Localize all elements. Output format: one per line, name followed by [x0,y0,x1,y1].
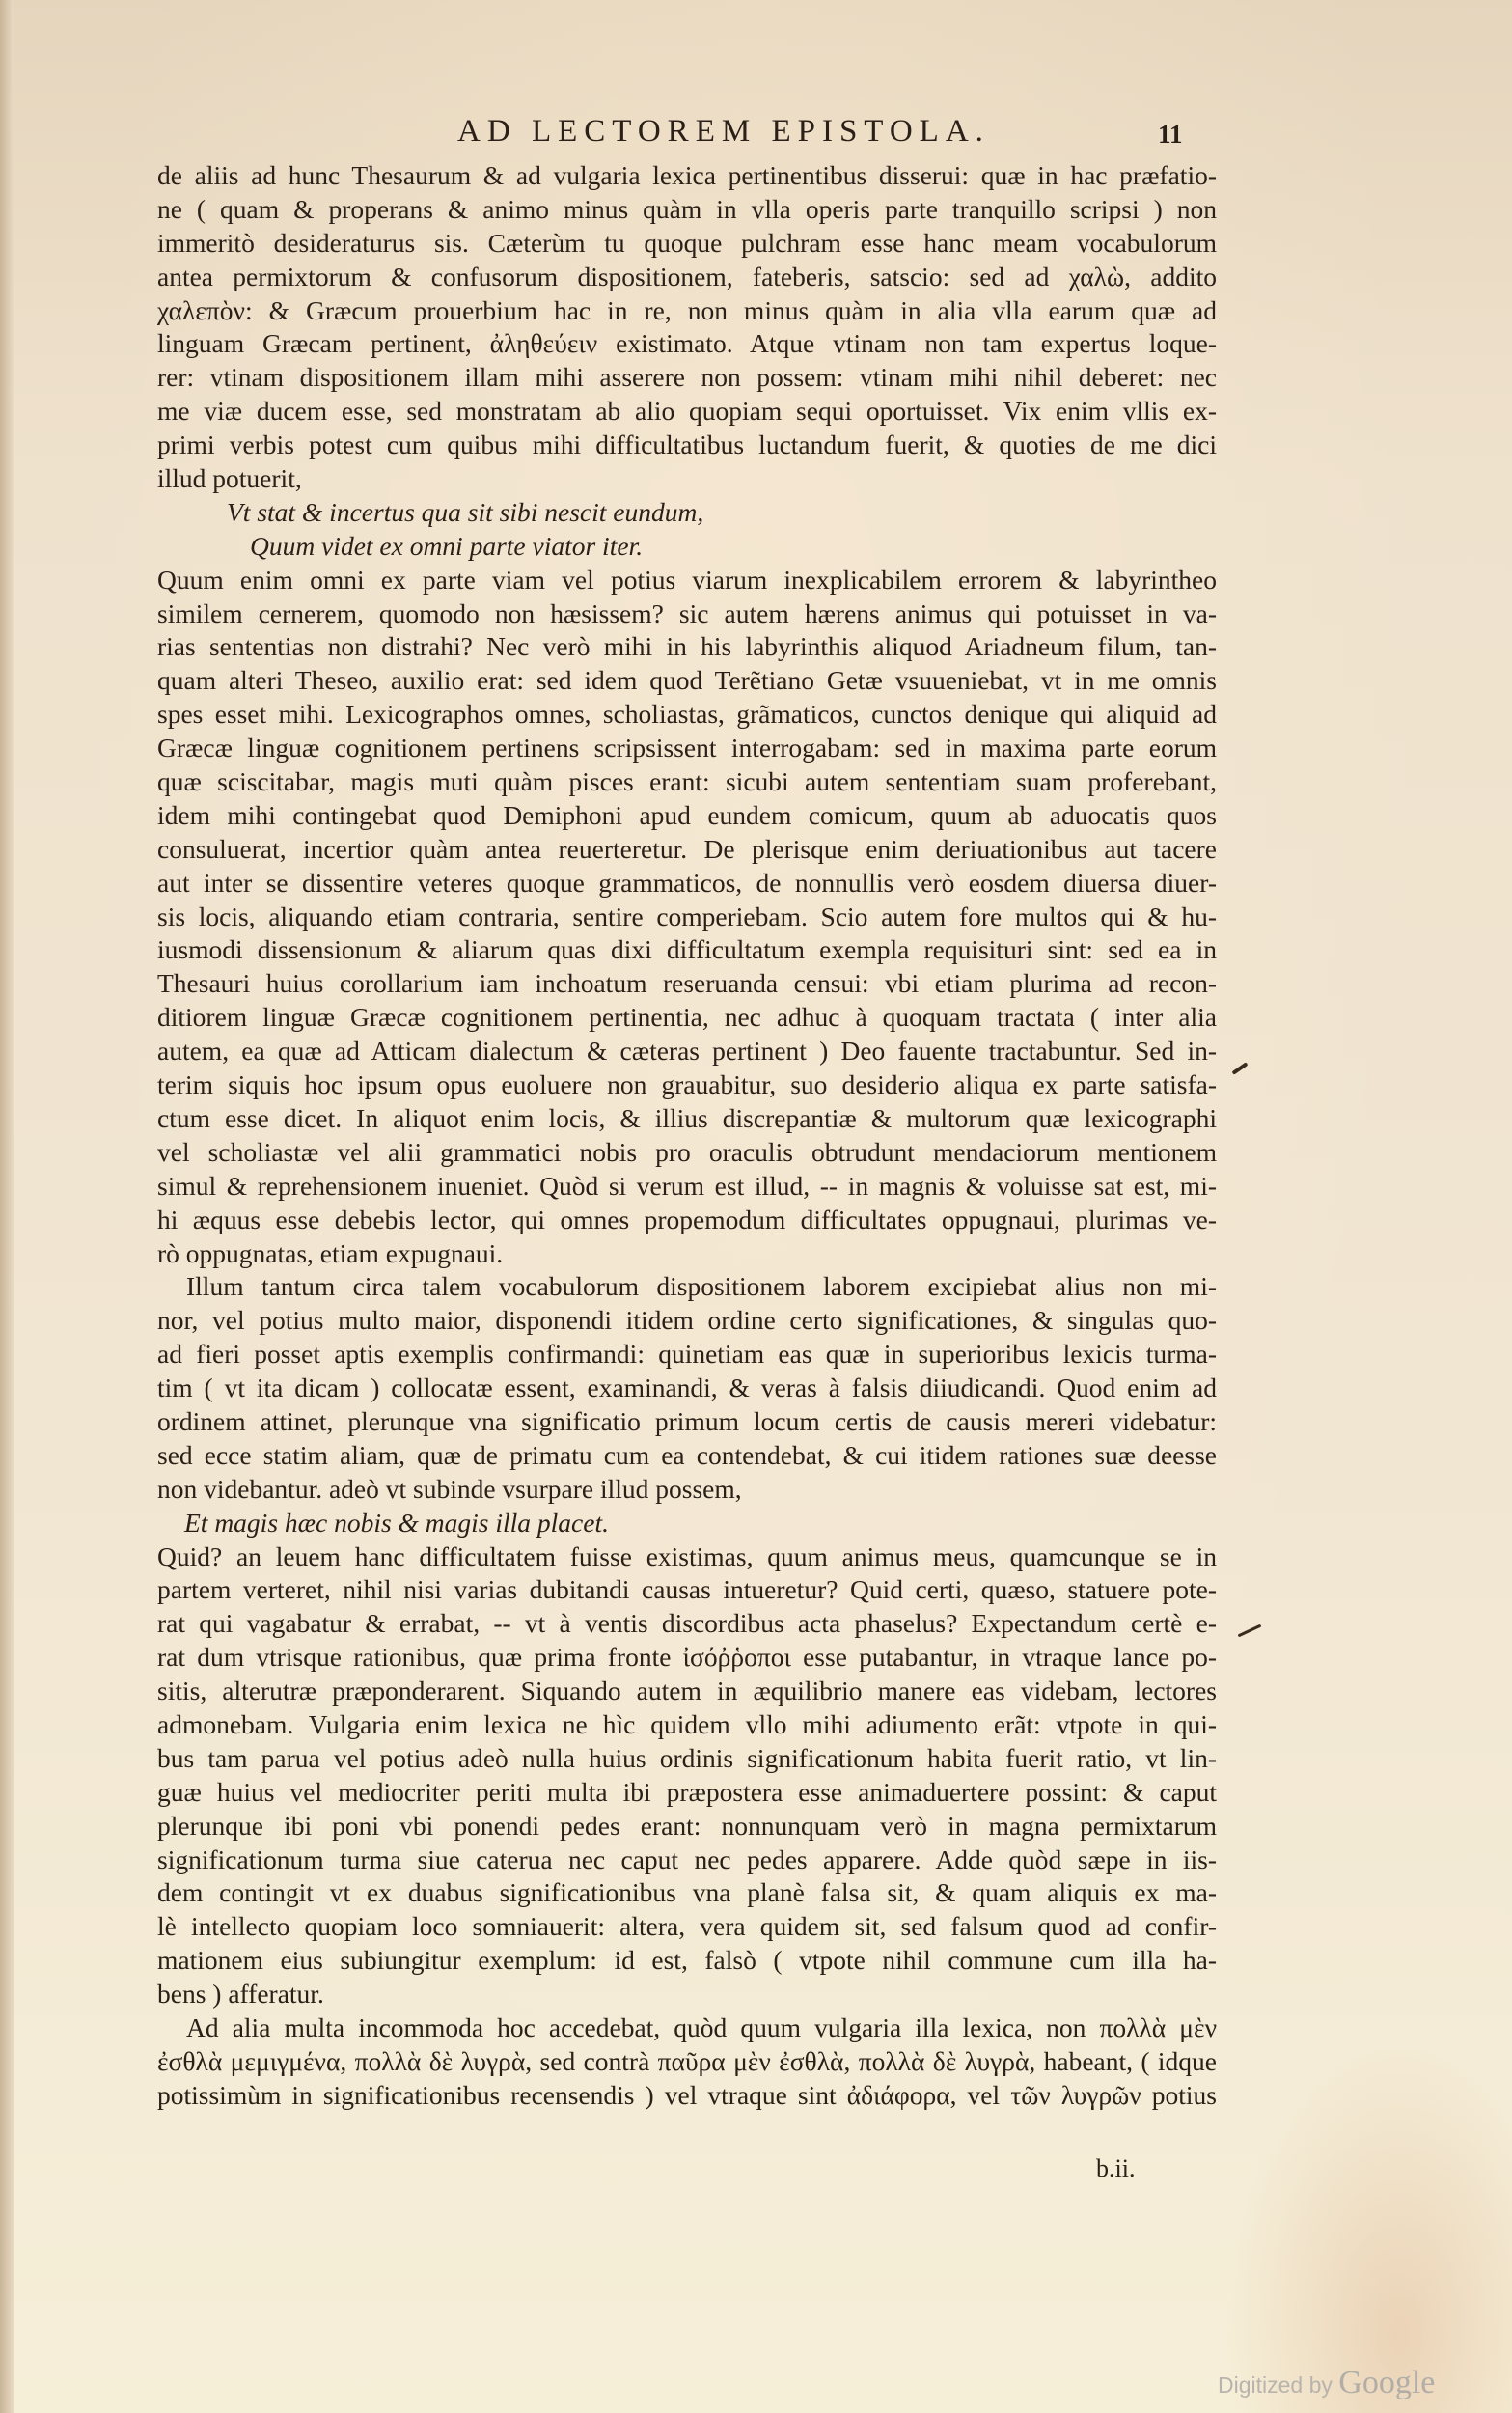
text-line: tim ( vt ita dicam ) collocatæ essent, e… [157,1372,1217,1405]
running-head: AD LECTOREM EPISTOLA. [357,114,1090,150]
verse-line: Quum videt ex omni parte viator iter. [157,530,1217,564]
text-line: sed ecce statim aliam, quæ de primatu cu… [157,1439,1217,1473]
text-line: iusmodi dissensionum & aliarum quas dixi… [157,933,1217,967]
text-line: quam alteri Theseo, auxilio erat: sed id… [157,664,1217,698]
text-line: rias sententias non distrahi? Nec verò m… [157,630,1217,664]
text-line: rer: vtinam dispositionem illam mihi ass… [157,361,1217,395]
text-line: Thesauri huius corollarium iam inchoatum… [157,967,1217,1001]
text-line: linguam Græcam pertinent, ἀληθεύειν exis… [157,327,1217,361]
verse-line: Et magis hæc nobis & magis illa placet. [157,1507,1217,1540]
text-line: illud potuerit, [157,462,1217,496]
text-line: significationum turma siue caterua nec c… [157,1844,1217,1877]
book-page: AD LECTOREM EPISTOLA. 11 de aliis ad hun… [0,0,1512,2413]
signature-mark: b.ii. [1096,2154,1135,2183]
margin-annotation-mark [1238,1624,1262,1638]
text-line: lè intellecto quopiam loco somniauerit: … [157,1910,1217,1944]
text-line: ad fieri posset aptis exemplis confirman… [157,1338,1217,1372]
page-number: 11 [1158,120,1183,150]
text-line: autem, ea quæ ad Atticam dialectum & cæt… [157,1035,1217,1068]
page-gutter-edge [0,0,14,2413]
text-line: ἐσθλὰ μεμιγμένα, πολλὰ δὲ λυγρὰ, sed con… [157,2045,1217,2079]
text-line: primi verbis potest cum quibus mihi diff… [157,429,1217,462]
text-line: hi æquus esse debebis lector, qui omnes … [157,1204,1217,1237]
text-line: ordinem attinet, plerunque vna significa… [157,1405,1217,1439]
watermark-brand: Google [1338,2365,1435,2400]
text-line: potissimùm in significationibus recensen… [157,2079,1217,2113]
text-line: similem cernerem, quomodo non hæsissem? … [157,597,1217,631]
text-line: ditiorem linguæ Græcæ cognitionem pertin… [157,1001,1217,1035]
verse-line: Vt stat & incertus qua sit sibi nescit e… [157,496,1217,530]
text-line: rat qui vagabatur & errabat, -- vt à ven… [157,1607,1217,1641]
text-line: guæ huius vel mediocriter periti multa i… [157,1776,1217,1810]
text-line: simul & reprehensionem inueniet. Quòd si… [157,1170,1217,1204]
text-line: immeritò desideraturus sis. Cæterùm tu q… [157,227,1217,261]
text-line: de aliis ad hunc Thesaurum & ad vulgaria… [157,159,1217,193]
margin-annotation-mark [1231,1062,1248,1075]
text-line: quæ sciscitabar, magis muti quàm pisces … [157,765,1217,799]
text-line: aut inter se dissentire veteres quoque g… [157,867,1217,901]
text-line: χαλεπὸν: & Græcum prouerbium hac in re, … [157,294,1217,328]
text-line: bus tam parua vel potius adeò nulla huiu… [157,1742,1217,1776]
text-line: terim siquis hoc ipsum opus euoluere non… [157,1068,1217,1102]
watermark-prefix: Digitized by [1218,2372,1333,2398]
text-line: sis locis, aliquando etiam contraria, se… [157,901,1217,934]
body-text: de aliis ad hunc Thesaurum & ad vulgaria… [157,159,1217,2113]
text-line: Quid? an leuem hanc difficultatem fuisse… [157,1540,1217,1574]
text-line: Græcæ linguæ cognitionem pertinens scrip… [157,732,1217,765]
text-line: rò oppugnatas, etiam expugnaui. [157,1237,1217,1271]
text-line: ctum esse dicet. In aliquot enim locis, … [157,1102,1217,1136]
digitized-watermark: Digitized by Google [1218,2365,1435,2401]
text-line: rat dum vtrisque rationibus, quæ prima f… [157,1641,1217,1675]
text-line: sitis, alterutræ præponderarent. Siquand… [157,1675,1217,1708]
text-line: spes esset mihi. Lexicographos omnes, sc… [157,698,1217,732]
text-line: dem contingit vt ex duabus signification… [157,1876,1217,1910]
text-line: ne ( quam & properans & animo minus quàm… [157,193,1217,227]
text-line: consuluerat, incertior quàm antea reuert… [157,833,1217,867]
text-line: me viæ ducem esse, sed monstratam ab ali… [157,395,1217,429]
text-line: mationem eius subiungitur exemplum: id e… [157,1944,1217,1978]
text-line: Illum tantum circa talem vocabulorum dis… [157,1270,1217,1304]
text-line: idem mihi contingebat quod Demiphoni apu… [157,799,1217,833]
text-line: non videbantur. adeò vt subinde vsurpare… [157,1473,1217,1507]
text-line: bens ) afferatur. [157,1978,1217,2011]
text-line: partem verteret, nihil nisi varias dubit… [157,1573,1217,1607]
text-line: nor, vel potius multo maior, disponendi … [157,1304,1217,1338]
text-line: plerunque ibi poni vbi ponendi pedes era… [157,1810,1217,1844]
text-line: antea permixtorum & confusorum dispositi… [157,261,1217,294]
text-line: Quum enim omni ex parte viam vel potius … [157,564,1217,597]
text-line: Ad alia multa incommoda hoc accedebat, q… [157,2011,1217,2045]
text-line: admonebam. Vulgaria enim lexica ne hìc q… [157,1708,1217,1742]
text-line: vel scholiastæ vel alii grammatici nobis… [157,1136,1217,1170]
